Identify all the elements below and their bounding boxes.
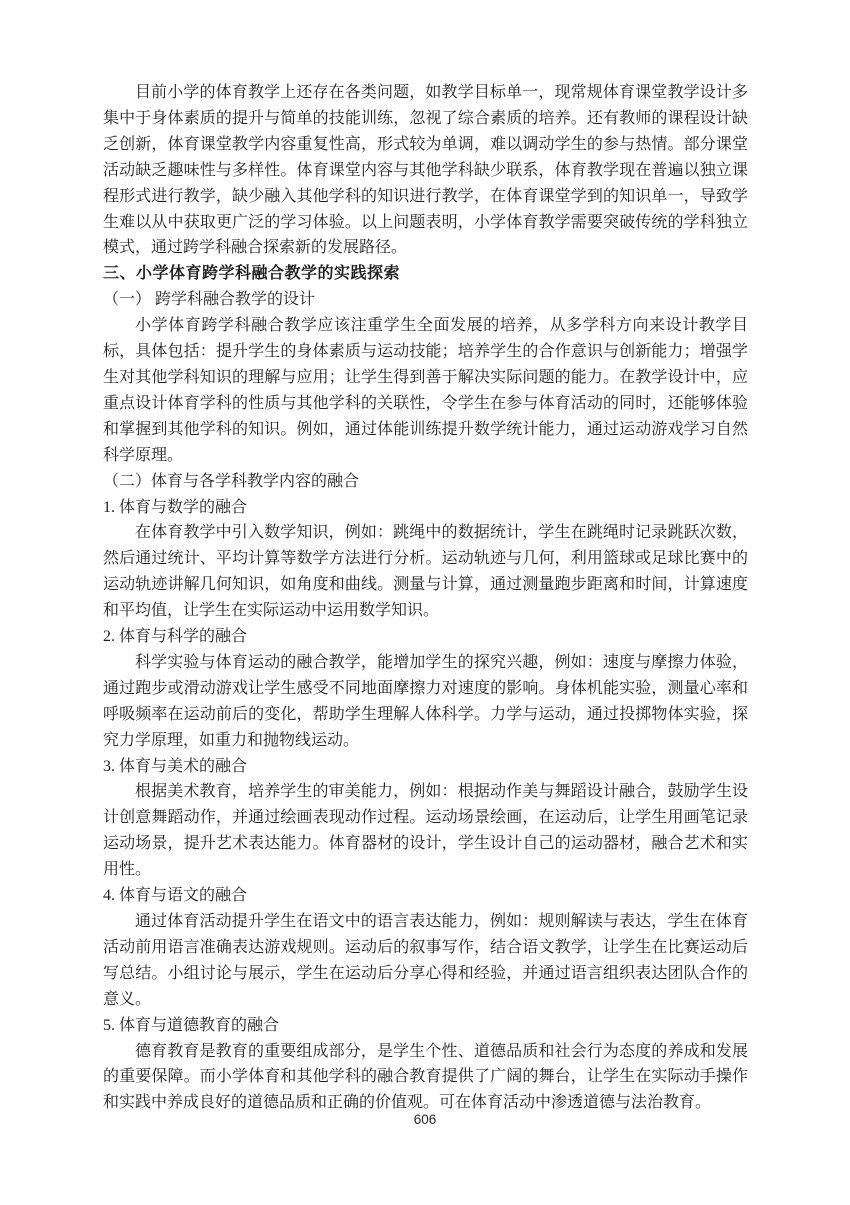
paragraph-problems-overview: 目前小学的体育教学上还存在各类问题，如教学目标单一，现常规体育课堂教学设计多集中… [103,80,748,261]
section-heading-3: 三、小学体育跨学科融合教学的实践探索 [103,261,748,287]
paragraph-chinese-integration: 通过体育活动提升学生在语文中的语言表达能力，例如：规则解读与表达，学生在体育活动… [103,909,748,1013]
numbered-heading-moral-education: 5. 体育与道德教育的融合 [103,1013,748,1039]
paragraph-moral-integration: 德育教育是教育的重要组成部分，是学生个性、道德品质和社会行为态度的养成和发展的重… [103,1039,748,1117]
page-body-text: 目前小学的体育教学上还存在各类问题，如教学目标单一，现常规体育课堂教学设计多集中… [103,80,748,1116]
numbered-heading-art: 3. 体育与美术的融合 [103,754,748,780]
numbered-heading-math: 1. 体育与数学的融合 [103,495,748,521]
paragraph-design-of-integration: 小学体育跨学科融合教学应该注重学生全面发展的培养，从多学科方向来设计教学目标，具… [103,313,748,468]
numbered-heading-chinese: 4. 体育与语文的融合 [103,883,748,909]
paragraph-science-integration: 科学实验与体育运动的融合教学，能增加学生的探究兴趣，例如：速度与摩擦力体验，通过… [103,650,748,754]
numbered-heading-science: 2. 体育与科学的融合 [103,624,748,650]
page-number: 606 [0,1112,850,1127]
paragraph-art-integration: 根据美术教育，培养学生的审美能力，例如：根据动作美与舞蹈设计融合，鼓励学生设计创… [103,779,748,883]
paper-page: 目前小学的体育教学上还存在各类问题，如教学目标单一，现常规体育课堂教学设计多集中… [0,0,850,1205]
subsection-heading-3-1: （一） 跨学科融合教学的设计 [103,287,748,313]
subsection-heading-3-2: （二）体育与各学科教学内容的融合 [103,469,748,495]
paragraph-math-integration: 在体育教学中引入数学知识，例如：跳绳中的数据统计，学生在跳绳时记录跳跃次数，然后… [103,520,748,624]
